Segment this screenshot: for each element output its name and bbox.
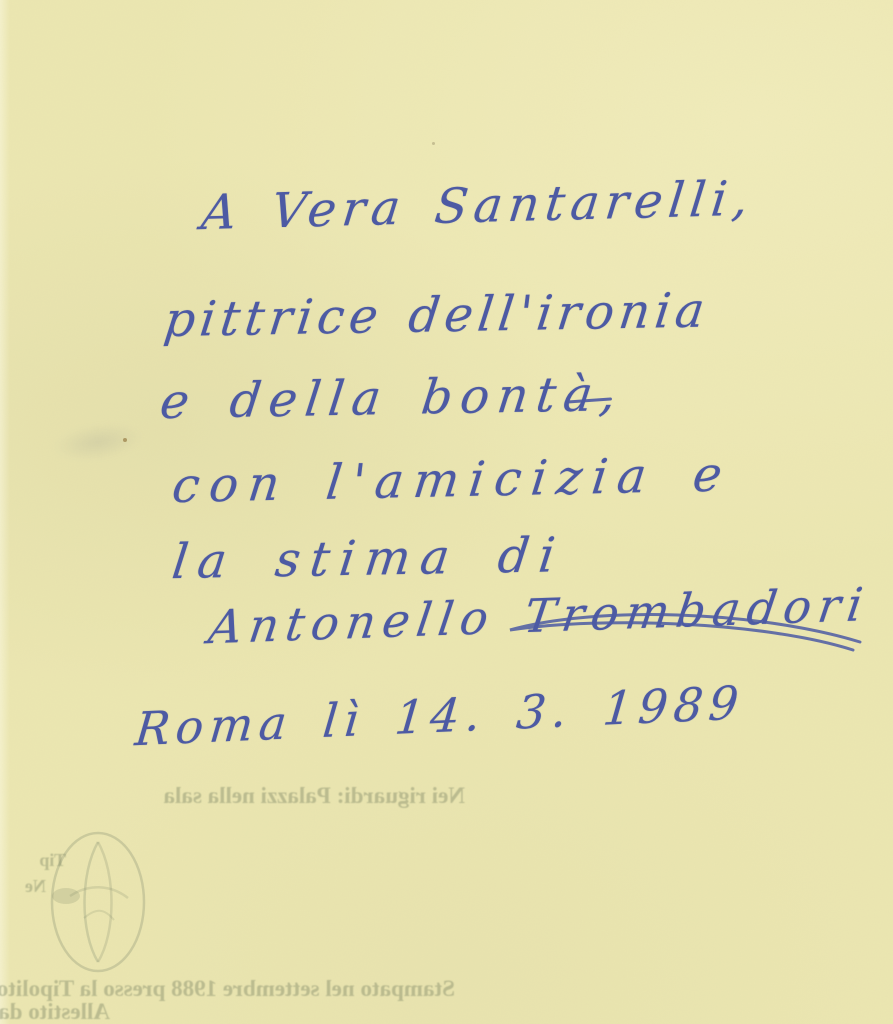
scanned-page: Nei riguardi: Palazzi nella sala Stampat… [0, 0, 893, 1024]
paper-smudge [34, 404, 161, 480]
showthrough-text-line: Nei riguardi: Palazzi nella sala [0, 783, 465, 809]
dedication-line: e della bontà, [157, 366, 627, 430]
showthrough-stamp-text: Ne [0, 876, 46, 897]
showthrough-stamp-text: Tip [6, 850, 66, 871]
signature: Antonello Trombadori [205, 577, 873, 654]
dedication-line: con l'amicizia e [169, 446, 735, 514]
paper-speck [432, 142, 435, 145]
dedication-line: A Vera Santarelli, [199, 171, 758, 242]
dedication-line: la stima di [169, 527, 568, 590]
dedication-line: pittrice dell'ironia [161, 282, 712, 348]
date-line: Roma lì 14. 3. 1989 [133, 675, 747, 756]
paper-grain-overlay [0, 0, 893, 1024]
printer-stamp-icon [40, 824, 160, 984]
ink-speck [123, 438, 127, 442]
showthrough-colophon-line-2: Allestito da [0, 999, 110, 1024]
